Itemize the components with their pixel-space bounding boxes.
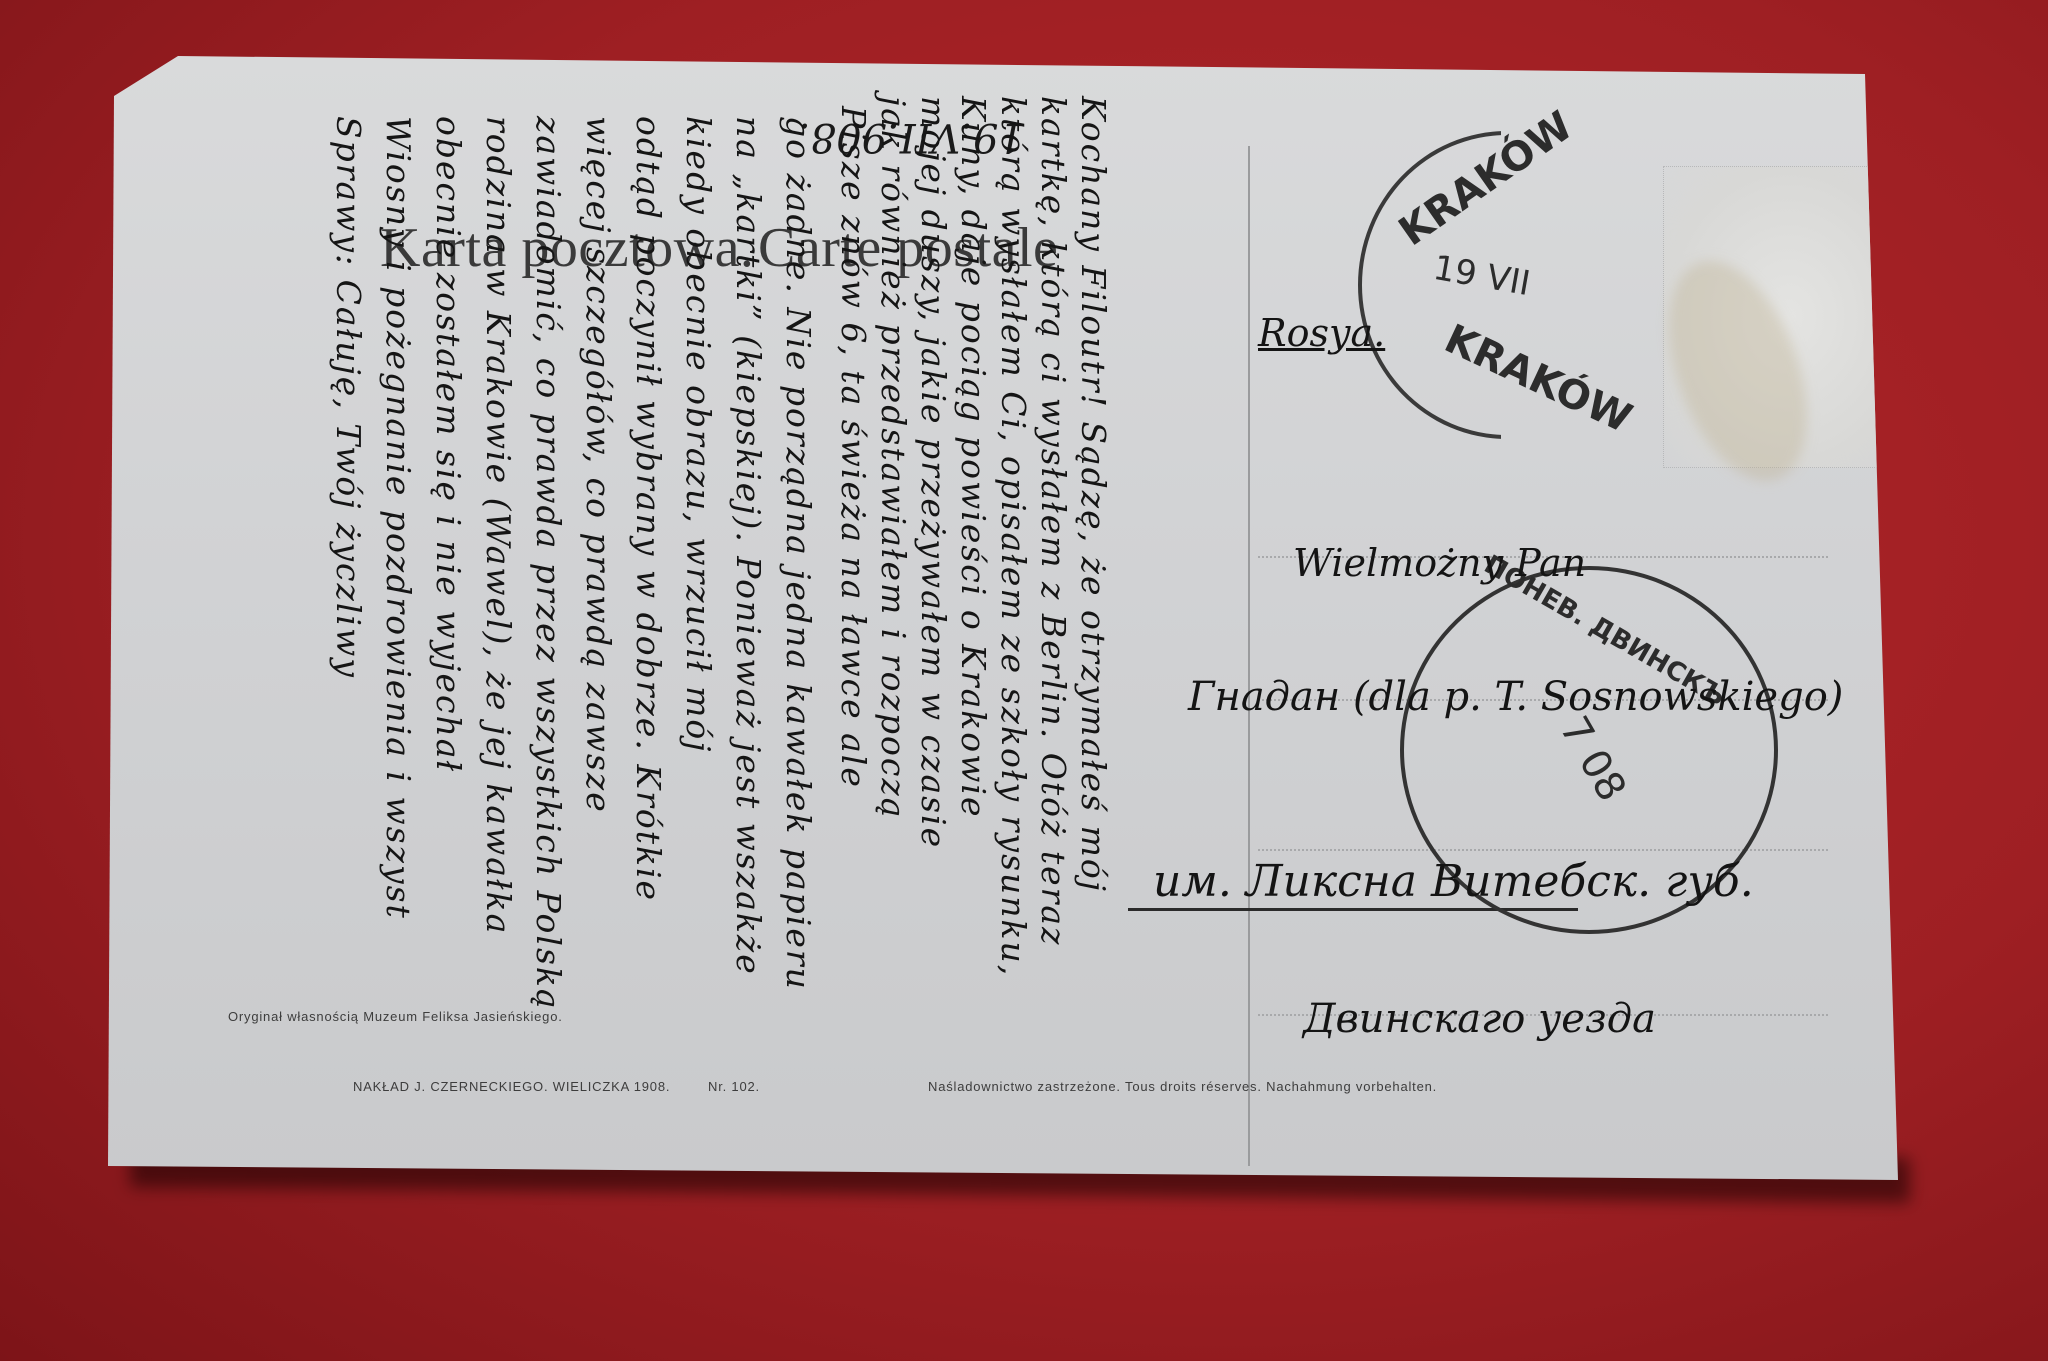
address-salutation: Wielmożny Pan: [1293, 541, 1586, 585]
address-recipient: Гнадан (dla p. T. Sosnowskiego): [1188, 674, 1843, 720]
footer-rights: Naśladownictwo zastrzeżone. Tous droits …: [928, 1079, 1437, 1094]
message-line: Wiosny i pożegnanie pozdrowienia i wszys…: [379, 116, 418, 920]
message-line: rodzina w Krakowie (Wawel), że jej kawał…: [479, 116, 518, 935]
footer-number: Nr. 102.: [708, 1079, 760, 1094]
message-line: na „kartki” (kiepskiej). Ponieważ jest w…: [729, 116, 768, 976]
message-line: Pisze znów 6, ta świeża na ławce ale: [834, 106, 873, 789]
message-line: mojej duszy, jakie przeżywałem w czasie: [914, 96, 953, 849]
message-line: obecnie zostałem się i nie wyjechał: [429, 116, 468, 773]
address-country: Rosya.: [1258, 311, 1385, 355]
message-line: Kochany Filoutr! Sądzę, że otrzymałeś mó…: [1074, 96, 1113, 893]
message-line: Kuny, daje pociąg powieści o Krakowie: [954, 96, 993, 818]
message-line: odtąd poczynił wybrany w dobrze. Krótkie: [629, 116, 668, 902]
message-line: go żadne. Nie porządna jedna kawałek pap…: [779, 116, 818, 991]
message-line: więcej szczegółów, co prawdą zawsze: [579, 116, 618, 814]
message-line: zawiadomić, co prawda przez wszystkich P…: [529, 116, 568, 1011]
address-district: Двинскаго уезда: [1303, 996, 1656, 1042]
footer-publisher: NAKŁAD J. CZERNECKIEGO. WIELICZKA 1908.: [353, 1079, 670, 1094]
center-divider: [1248, 146, 1250, 1166]
message-line: Sprawy: Całuję, Twój życzliwy: [329, 116, 368, 679]
postcard: Karta pocztowa. Carte postale KRAKÓW KRA…: [108, 56, 1898, 1180]
message-line: kiedy obecnie obrazu, wrzucił mój: [679, 116, 718, 754]
message-line: kartkę, którą ci wysłałem z Berlin. Otóż…: [1034, 96, 1073, 946]
footer-credit: Oryginał własnością Muzeum Feliksa Jasie…: [228, 1009, 563, 1024]
address-place: им. Ликсна Витебск. губ.: [1153, 856, 1754, 907]
message-line: którą wysłałem Ci, opisałem ze szkoły ry…: [994, 96, 1033, 977]
message-line: jak również przedstawiałem i rozpoczą: [874, 96, 913, 819]
